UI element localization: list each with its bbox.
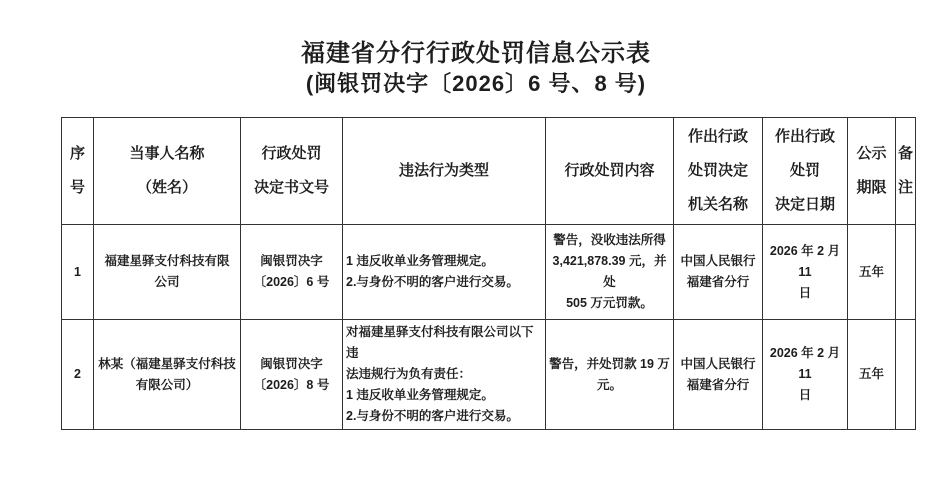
cell-remark bbox=[896, 320, 916, 430]
page-title: 福建省分行行政处罚信息公示表 bbox=[0, 33, 952, 68]
penalty-table: 序 号 当事人名称 （姓名） 行政处罚 决定书文号 违法行为类型 行政处罚内容 … bbox=[61, 117, 916, 430]
col-header-authority: 作出行政 处罚决定 机关名称 bbox=[674, 118, 763, 225]
table-header-row: 序 号 当事人名称 （姓名） 行政处罚 决定书文号 违法行为类型 行政处罚内容 … bbox=[62, 118, 916, 225]
cell-violation: 对福建星驿支付科技有限公司以下违 法违规行为负有责任： 1 违反收单业务管理规定… bbox=[343, 320, 546, 430]
col-header-decision-date: 作出行政 处罚 决定日期 bbox=[763, 118, 848, 225]
cell-doc-no: 闽银罚决字 〔2026〕6 号 bbox=[241, 225, 343, 320]
cell-party: 林某（福建星驿支付科技 有限公司） bbox=[94, 320, 241, 430]
col-header-party: 当事人名称 （姓名） bbox=[94, 118, 241, 225]
col-header-penalty: 行政处罚内容 bbox=[546, 118, 674, 225]
cell-penalty: 警告，没收违法所得 3,421,878.39 元，并处 505 万元罚款。 bbox=[546, 225, 674, 320]
cell-party: 福建星驿支付科技有限 公司 bbox=[94, 225, 241, 320]
cell-remark bbox=[896, 225, 916, 320]
table-row: 1 福建星驿支付科技有限 公司 闽银罚决字 〔2026〕6 号 1 违反收单业务… bbox=[62, 225, 916, 320]
cell-seq: 1 bbox=[62, 225, 94, 320]
cell-authority: 中国人民银行 福建省分行 bbox=[674, 225, 763, 320]
cell-violation: 1 违反收单业务管理规定。 2.与身份不明的客户进行交易。 bbox=[343, 225, 546, 320]
col-header-seq: 序 号 bbox=[62, 118, 94, 225]
col-header-doc-no: 行政处罚 决定书文号 bbox=[241, 118, 343, 225]
table-row: 2 林某（福建星驿支付科技 有限公司） 闽银罚决字 〔2026〕8 号 对福建星… bbox=[62, 320, 916, 430]
cell-penalty: 警告，并处罚款 19 万 元。 bbox=[546, 320, 674, 430]
cell-publicity-period: 五年 bbox=[848, 225, 896, 320]
cell-decision-date: 2026 年 2 月 11 日 bbox=[763, 225, 848, 320]
cell-doc-no: 闽银罚决字 〔2026〕8 号 bbox=[241, 320, 343, 430]
cell-seq: 2 bbox=[62, 320, 94, 430]
col-header-remark: 备 注 bbox=[896, 118, 916, 225]
cell-decision-date: 2026 年 2 月 11 日 bbox=[763, 320, 848, 430]
col-header-publicity-period: 公示 期限 bbox=[848, 118, 896, 225]
col-header-violation: 违法行为类型 bbox=[343, 118, 546, 225]
page-subtitle: (闽银罚决字〔2026〕6 号、8 号) bbox=[0, 67, 952, 98]
cell-authority: 中国人民银行 福建省分行 bbox=[674, 320, 763, 430]
cell-publicity-period: 五年 bbox=[848, 320, 896, 430]
